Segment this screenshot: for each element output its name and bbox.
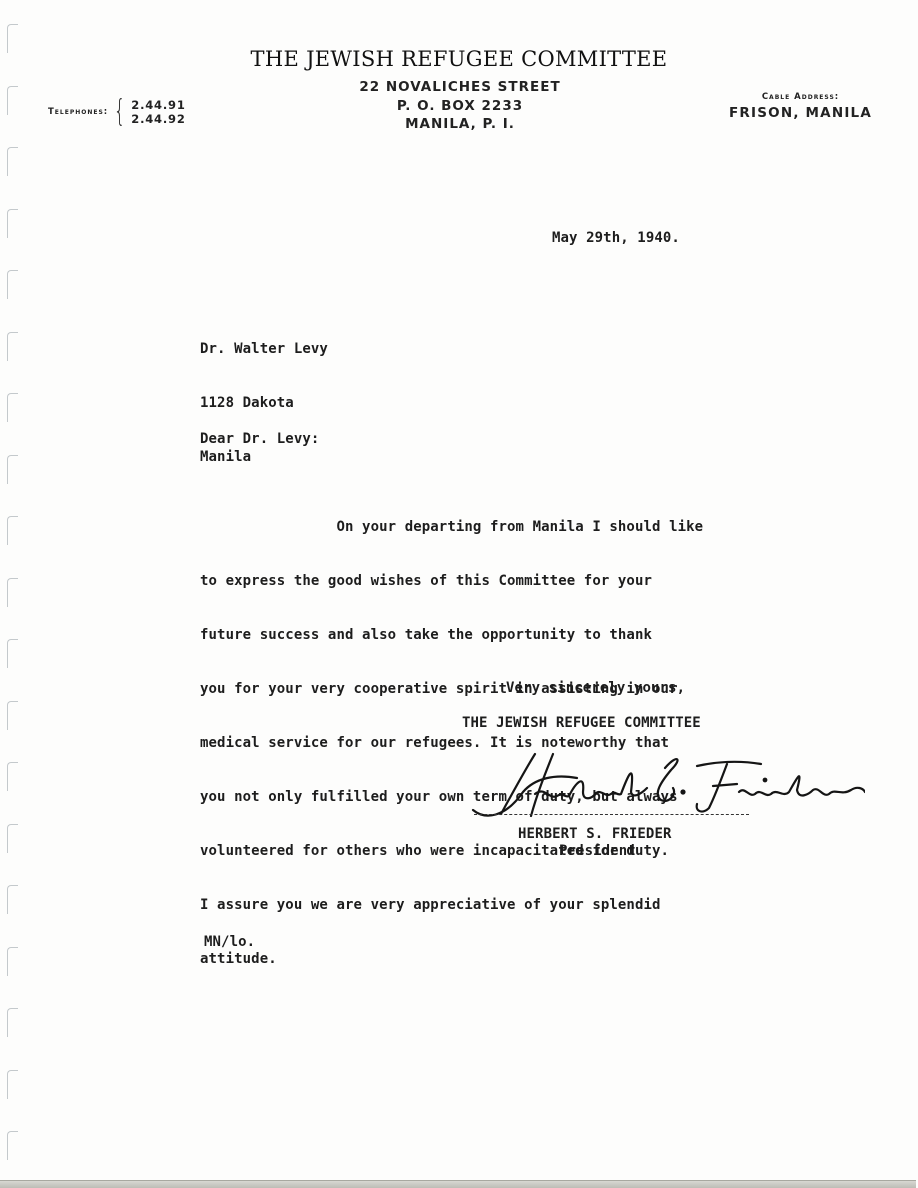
binder-hole-mark bbox=[7, 824, 18, 853]
page-bottom-edge bbox=[0, 1180, 916, 1188]
reference-initials: MN/lo. bbox=[204, 933, 255, 951]
address-line: P. O. BOX 2233 bbox=[340, 97, 580, 116]
letter-page: THE JEWISH REFUGEE COMMITTEE 22 NOVALICH… bbox=[0, 0, 918, 1188]
address-line: 22 NOVALICHES STREET bbox=[340, 78, 580, 97]
binder-hole-mark bbox=[7, 885, 18, 914]
binder-hole-mark bbox=[7, 762, 18, 791]
cable-label: Cable Address: bbox=[718, 92, 883, 102]
salutation: Dear Dr. Levy: bbox=[200, 430, 319, 448]
binder-hole-mark bbox=[7, 701, 18, 730]
signer-name: HERBERT S. FRIEDER bbox=[518, 825, 672, 843]
binder-hole-mark bbox=[7, 86, 18, 115]
letterhead-cable: Cable Address: FRISON, MANILA bbox=[718, 92, 883, 121]
cable-address: FRISON, MANILA bbox=[718, 105, 883, 121]
body-line: attitude. bbox=[200, 950, 703, 968]
binder-hole-mark bbox=[7, 209, 18, 238]
body-line: On your departing from Manila I should l… bbox=[200, 518, 703, 536]
letterhead-address: 22 NOVALICHES STREET P. O. BOX 2233 MANI… bbox=[340, 78, 580, 134]
letter-date: May 29th, 1940. bbox=[552, 229, 680, 247]
address-line: MANILA, P. I. bbox=[340, 115, 580, 134]
binder-hole-mark bbox=[7, 1008, 18, 1037]
telephone-number: 2.44.92 bbox=[131, 112, 185, 126]
binder-hole-mark bbox=[7, 639, 18, 668]
binder-hole-mark bbox=[7, 516, 18, 545]
recipient-line: 1128 Dakota bbox=[200, 394, 328, 412]
signature-line bbox=[474, 814, 749, 815]
closing-organization: THE JEWISH REFUGEE COMMITTEE bbox=[462, 714, 701, 732]
letter-body: On your departing from Manila I should l… bbox=[200, 482, 703, 1004]
recipient-block: Dr. Walter Levy 1128 Dakota Manila bbox=[200, 304, 328, 502]
recipient-line: Manila bbox=[200, 448, 328, 466]
signature-icon bbox=[465, 748, 865, 823]
binder-hole-mark bbox=[7, 1131, 18, 1160]
binder-hole-mark bbox=[7, 1070, 18, 1099]
telephone-numbers: 2.44.91 2.44.92 bbox=[131, 98, 185, 126]
letterhead-organization: THE JEWISH REFUGEE COMMITTEE bbox=[0, 47, 918, 71]
recipient-line: Dr. Walter Levy bbox=[200, 340, 328, 358]
binder-hole-mark bbox=[7, 947, 18, 976]
binder-hole-mark bbox=[7, 147, 18, 176]
letterhead-telephones: Telephones: { 2.44.91 2.44.92 bbox=[48, 97, 186, 127]
body-line: I assure you we are very appreciative of… bbox=[200, 896, 703, 914]
binder-hole-mark bbox=[7, 270, 18, 299]
body-line: to express the good wishes of this Commi… bbox=[200, 572, 703, 590]
telephone-number: 2.44.91 bbox=[131, 98, 185, 112]
binder-hole-mark bbox=[7, 455, 18, 484]
binder-hole-mark bbox=[7, 332, 18, 361]
binder-hole-mark bbox=[7, 578, 18, 607]
binder-hole-mark bbox=[7, 393, 18, 422]
telephones-label: Telephones: bbox=[48, 107, 108, 117]
body-line: future success and also take the opportu… bbox=[200, 626, 703, 644]
brace-icon: { bbox=[114, 97, 125, 127]
closing: Very sincerely yours, bbox=[506, 679, 685, 697]
signer-title: President bbox=[559, 842, 636, 860]
